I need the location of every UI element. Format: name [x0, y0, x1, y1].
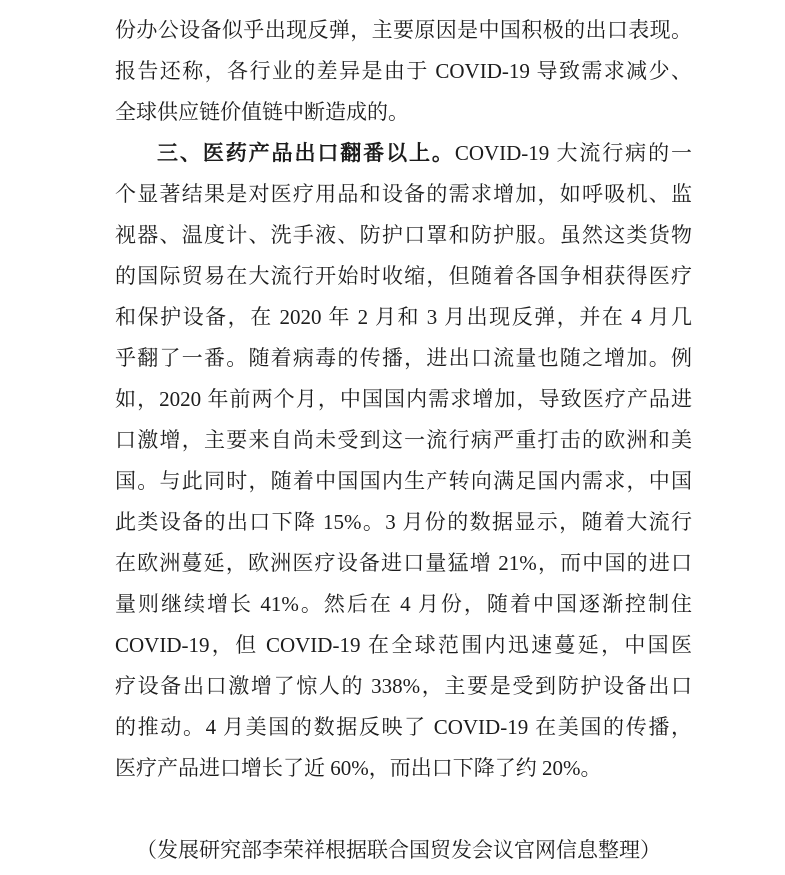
- section-heading: 三、医药产品出口翻番以上。: [157, 142, 455, 165]
- text-line: 乎翻了一番。随着病毒的传播，进出口流量也随之增加。例: [115, 338, 692, 379]
- text-line: 在欧洲蔓延，欧洲医疗设备进口量猛增 21%，而中国的进口: [115, 543, 692, 584]
- text-line: 的国际贸易在大流行开始时收缩，但随着各国争相获得医疗: [115, 256, 692, 297]
- text-line: 个显著结果是对医疗用品和设备的需求增加，如呼吸机、监: [115, 174, 692, 215]
- text-line: 口激增，主要来自尚未受到这一流行病严重打击的欧洲和美: [115, 420, 692, 461]
- text-line: 报告还称，各行业的差异是由于 COVID-19 导致需求减少、: [115, 51, 692, 92]
- text-line: 和保护设备，在 2020 年 2 月和 3 月出现反弹，并在 4 月几: [115, 297, 692, 338]
- text-run: COVID-19 大流行病的一: [455, 141, 692, 165]
- text-line-paragraph-end: 医疗产品进口增长了近 60%，而出口下降了约 20%。: [115, 748, 692, 789]
- text-line-paragraph-end: 全球供应链价值链中断造成的。: [115, 92, 692, 133]
- text-line: 视器、温度计、洗手液、防护口罩和防护服。虽然这类货物: [115, 215, 692, 256]
- text-line: COVID-19，但 COVID-19 在全球范围内迅速蔓延，中国医: [115, 625, 692, 666]
- document-page: 份办公设备似乎出现反弹，主要原因是中国积极的出口表现。 报告还称，各行业的差异是…: [0, 0, 785, 875]
- credit-line: （发展研究部李荣祥根据联合国贸发会议官网信息整理）: [115, 830, 692, 871]
- text-line: 疗设备出口激增了惊人的 338%，主要是受到防护设备出口: [115, 666, 692, 707]
- text-line: 的推动。4 月美国的数据反映了 COVID-19 在美国的传播，: [115, 707, 692, 748]
- text-line: 份办公设备似乎出现反弹，主要原因是中国积极的出口表现。: [115, 10, 692, 51]
- text-line: 国。与此同时，随着中国国内生产转向满足国内需求，中国: [115, 461, 692, 502]
- text-line: 量则继续增长 41%。然后在 4 月份，随着中国逐渐控制住: [115, 584, 692, 625]
- text-line: 此类设备的出口下降 15%。3 月份的数据显示，随着大流行: [115, 502, 692, 543]
- blank-line: [115, 789, 692, 830]
- text-line-section-start: 三、医药产品出口翻番以上。COVID-19 大流行病的一: [115, 133, 692, 174]
- text-line: 如，2020 年前两个月，中国国内需求增加，导致医疗产品进: [115, 379, 692, 420]
